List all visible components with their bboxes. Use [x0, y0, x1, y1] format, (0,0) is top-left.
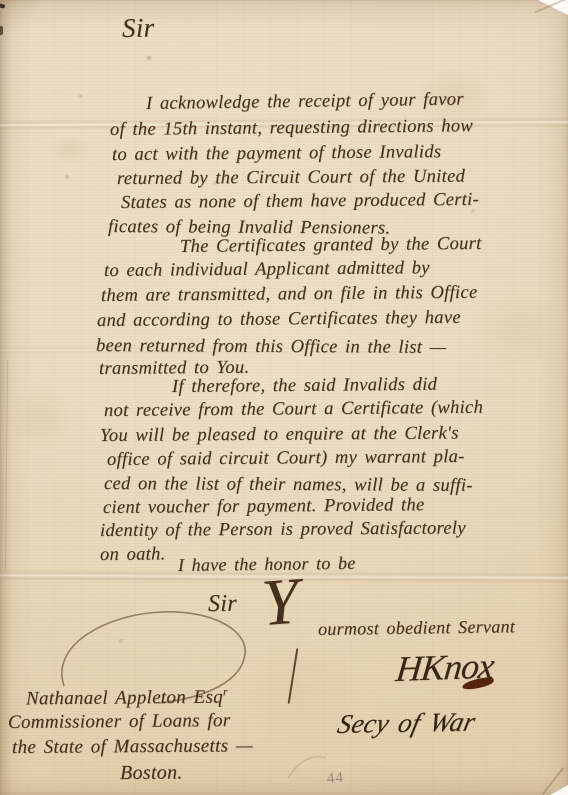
salutation: Sir	[122, 13, 155, 43]
recipient-line: Boston.	[120, 761, 183, 784]
paper-corner-bottom-right	[550, 785, 568, 795]
closing-sir: Sir	[208, 591, 237, 618]
foxing-spots	[0, 0, 2, 2]
recipient-line: Commissioner of Loans for	[8, 711, 231, 734]
body-line: I acknowledge the receipt of your favor	[146, 90, 464, 115]
recipient-line: the State of Massachusetts —	[12, 736, 253, 759]
pencil-number: 44	[326, 770, 344, 788]
body-line: to act with the payment of those Invalid…	[112, 142, 442, 165]
body-line: been returned from this Office in the li…	[96, 336, 447, 358]
body-line: cient voucher for payment. Provided the	[103, 495, 425, 518]
body-line: States as none of them have produced Cer…	[121, 190, 479, 213]
paper-edge-crease	[5, 360, 8, 570]
body-line: identity of the Person is proved Satisfa…	[100, 518, 466, 541]
body-line: office of said circuit Court) my warrant…	[107, 447, 465, 470]
valediction-initial-flourish: Y	[260, 571, 301, 633]
body-line: and according to those Certificates they…	[97, 308, 461, 332]
signature-title: Secy of War	[335, 708, 479, 740]
body-line: on oath.	[100, 544, 166, 565]
edge-speck	[0, 3, 5, 8]
body-line: not receive from the Court a Certificate…	[104, 398, 483, 422]
body-line: If therefore, the said Invalids did	[172, 375, 437, 398]
recipient-name-text: Nathanael Appleton Esq	[26, 687, 223, 710]
valediction: ourmost obedient Servant	[318, 617, 515, 640]
body-line: ced on the list of their names, will be …	[104, 474, 473, 496]
valediction-flourish-tail	[288, 648, 299, 704]
body-line: returned by the Circuit Court of the Uni…	[117, 167, 465, 190]
body-line: The Certificates granted by the Court	[180, 234, 482, 258]
recipient-name: Nathanael Appleton Esqr	[26, 686, 228, 710]
body-line: them are transmitted, and on file in thi…	[101, 283, 478, 307]
body-line: You will be pleased to enquire at the Cl…	[100, 423, 459, 446]
recipient-name-superscript: r	[223, 686, 228, 698]
body-line: of the 15th instant, requesting directio…	[110, 116, 473, 140]
body-line: to each individual Applicant admitted by	[104, 258, 430, 281]
edge-speck	[0, 26, 3, 35]
letter-page: Sir I acknowledge the receipt of your fa…	[0, 0, 568, 795]
